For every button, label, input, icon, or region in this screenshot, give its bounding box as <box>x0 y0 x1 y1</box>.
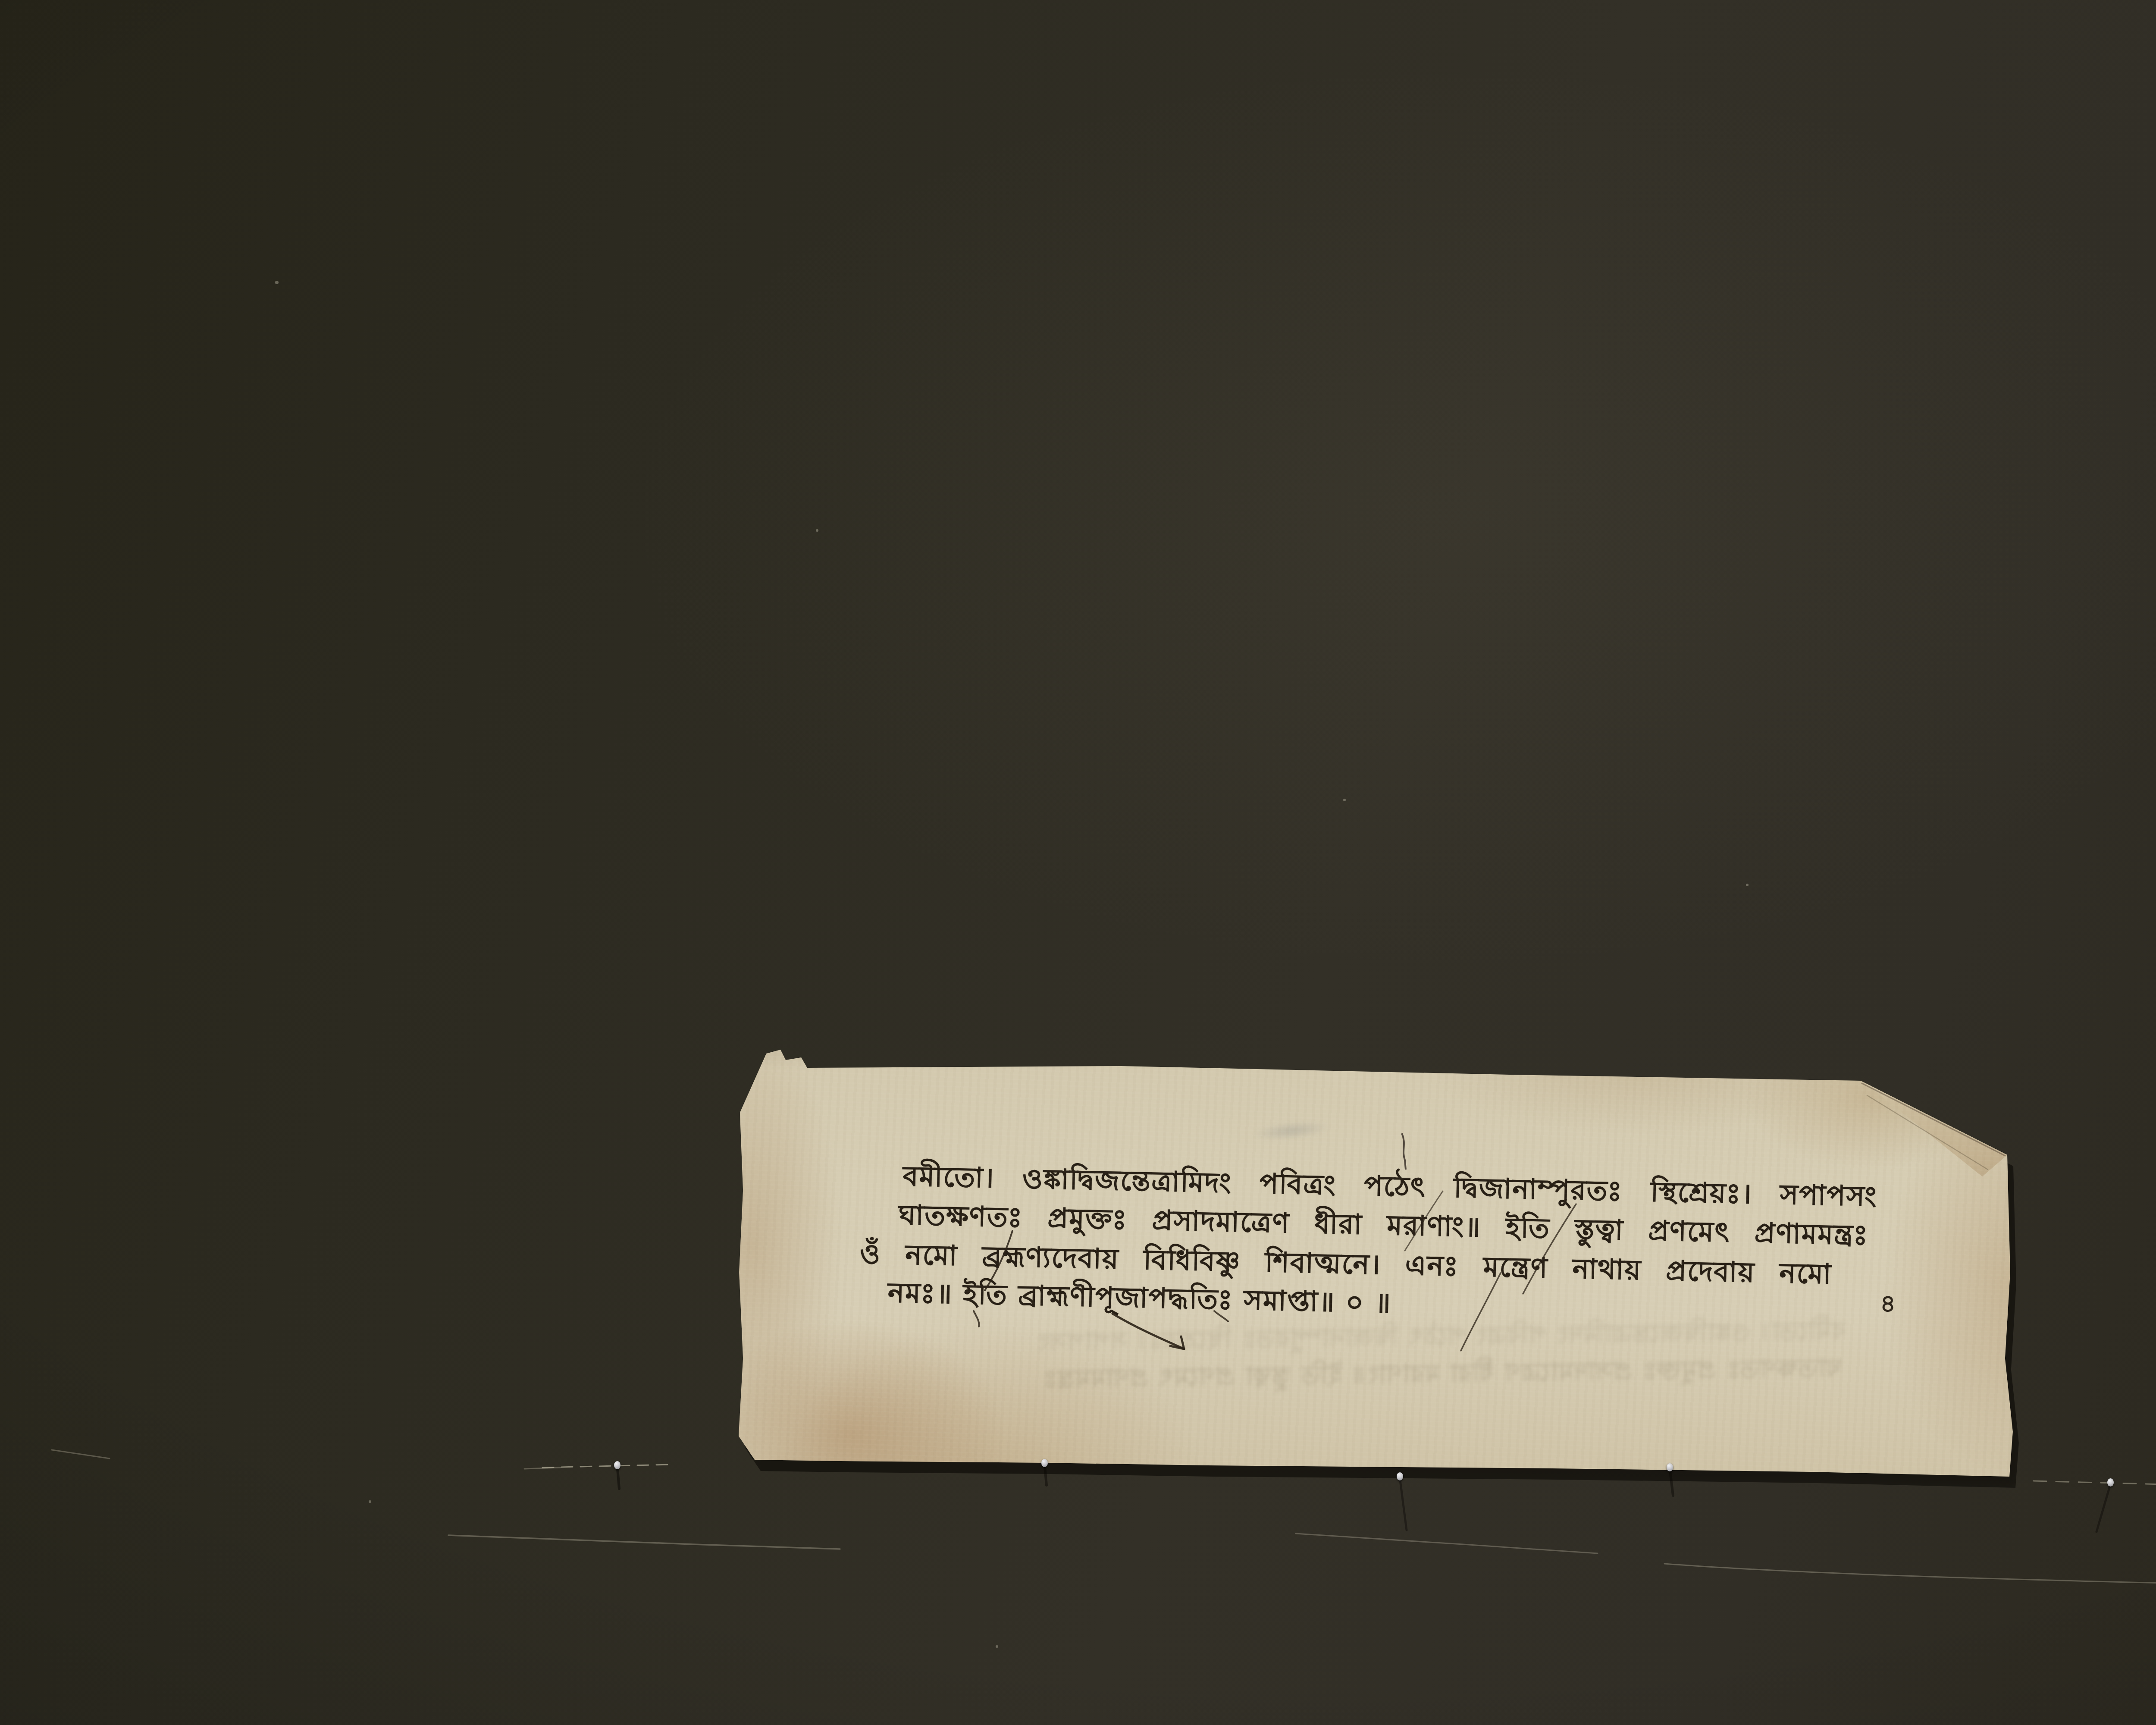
pin <box>1667 1463 1673 1471</box>
flourish-stroke <box>1405 1191 1443 1251</box>
photo-board: বমীতো। ওঙ্কাদ্বিজন্তেত্রামিদং পবিত্রং পঠ… <box>0 0 2156 1725</box>
pin <box>614 1461 620 1469</box>
pin <box>1397 1472 1403 1480</box>
flourish-stroke <box>985 1231 1012 1290</box>
flourish-stroke <box>1112 1314 1184 1349</box>
fold-crease-line <box>1862 1083 2005 1156</box>
flourish-stroke <box>1523 1204 1576 1294</box>
flourish-stroke <box>974 1311 979 1327</box>
pin <box>1041 1459 1048 1467</box>
ink-flourishes <box>0 0 2156 1725</box>
pin <box>2107 1478 2114 1487</box>
hair-mark <box>1402 1133 1406 1170</box>
fold-crease-line <box>1867 1095 1988 1170</box>
flourish-stroke <box>1214 1311 1228 1321</box>
flourish-stroke <box>1461 1273 1501 1351</box>
